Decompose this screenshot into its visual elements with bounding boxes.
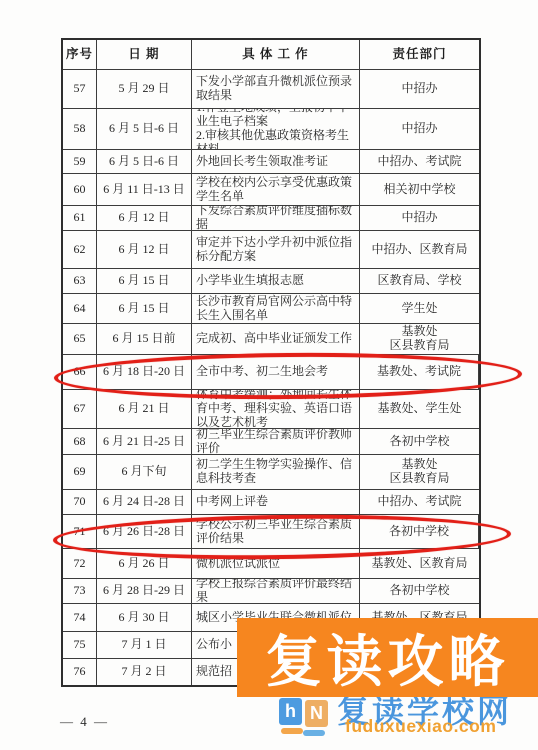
cell-dept: 基教处 区县教育局 <box>360 324 479 354</box>
cell-work: 全市中考、初二生地会考 <box>192 355 360 389</box>
cell-dept: 中招办 <box>360 70 479 108</box>
cell-work: 外地回长考生领取准考证 <box>192 150 360 173</box>
cell-work: 微机派位试派位 <box>192 549 360 578</box>
cell-dept: 中招办 <box>360 206 479 230</box>
cell-date: 6 月 26 日 <box>97 549 192 578</box>
table-row: 575 月 29 日下发小学部直升微机派位预录取结果中招办 <box>63 70 479 109</box>
cell-dept: 各初中学校 <box>360 579 479 603</box>
cell-date: 6 月 5 日-6 日 <box>97 109 192 149</box>
cell-work: 体育中考缓测；外地回长生体育中考、理科实验、英语口语以及艺术机考 <box>192 390 360 428</box>
cell-dept: 基教处 区县教育局 <box>360 455 479 489</box>
table-row: 586 月 5 日-6 日1.补登生地成绩，上报初中毕业生电子档案 2.审核其他… <box>63 109 479 150</box>
cell-dept: 基教处、区教育局 <box>360 549 479 578</box>
cell-dept: 各初中学校 <box>360 429 479 454</box>
table-row: 686 月 21 日-25 日初三毕业生综合素质评价教师评价各初中学校 <box>63 429 479 455</box>
cell-no: 70 <box>63 490 97 514</box>
cell-dept: 相关初中学校 <box>360 174 479 205</box>
site-url-text: fuduxuexiao.com <box>345 716 496 737</box>
page-number: — 4 — <box>60 714 109 730</box>
table-row: 616 月 12 日下发综合素质评价维度插标数据中招办 <box>63 206 479 231</box>
table-row: 736 月 28 日-29 日学校上报综合素质评价最终结果各初中学校 <box>63 579 479 604</box>
cell-date: 6 月 21 日-25 日 <box>97 429 192 454</box>
cell-dept: 各初中学校 <box>360 515 479 548</box>
cell-date: 6 月 12 日 <box>97 231 192 268</box>
cell-no: 63 <box>63 269 97 293</box>
cell-no: 74 <box>63 604 97 631</box>
cell-no: 67 <box>63 390 97 428</box>
schedule-table: 序号日 期具 体 工 作责任部门575 月 29 日下发小学部直升微机派位预录取… <box>61 38 481 687</box>
cell-work: 学校在校内公示享受优惠政策学生名单 <box>192 174 360 205</box>
logo-tile-n-icon: N <box>305 700 328 727</box>
cell-work: 下发小学部直升微机派位预录取结果 <box>192 70 360 108</box>
site-logo: h N <box>278 698 332 740</box>
cell-no: 64 <box>63 294 97 323</box>
cell-date: 6 月 5 日-6 日 <box>97 150 192 173</box>
cell-date: 6 月 11 日-13 日 <box>97 174 192 205</box>
cell-work: 1.补登生地成绩，上报初中毕业生电子档案 2.审核其他优惠政策资格考生材料 <box>192 109 360 149</box>
scanned-document-page: 序号日 期具 体 工 作责任部门575 月 29 日下发小学部直升微机派位预录取… <box>0 0 538 750</box>
table-row: 706 月 24 日-28 日中考网上评卷中招办、考试院 <box>63 490 479 515</box>
cell-date: 6 月 15 日 <box>97 294 192 323</box>
cell-no: 62 <box>63 231 97 268</box>
cell-date: 6 月 26 日-28 日 <box>97 515 192 548</box>
logo-tile-n-base <box>303 730 325 736</box>
table-row: 596 月 5 日-6 日外地回长考生领取准考证中招办、考试院 <box>63 150 479 174</box>
cell-date: 7 月 1 日 <box>97 632 192 658</box>
table-row: 696 月下旬初二学生生物学实验操作、信息科技考查基教处 区县教育局 <box>63 455 479 490</box>
cell-work: 小学毕业生填报志愿 <box>192 269 360 293</box>
cell-no: 57 <box>63 70 97 108</box>
cell-date: 6 月 12 日 <box>97 206 192 230</box>
watermark-banner-text: 复读攻略 <box>266 618 510 698</box>
cell-work: 完成初、高中毕业证颁发工作 <box>192 324 360 354</box>
table-row: 626 月 12 日审定并下达小学升初中派位指标分配方案中招办、区教育局 <box>63 231 479 269</box>
cell-no: 72 <box>63 549 97 578</box>
cell-dept: 基教处、学生处 <box>360 390 479 428</box>
table-row: 606 月 11 日-13 日学校在校内公示享受优惠政策学生名单相关初中学校 <box>63 174 479 206</box>
cell-work: 下发综合素质评价维度插标数据 <box>192 206 360 230</box>
logo-tile-h-icon: h <box>279 698 302 725</box>
cell-no: 65 <box>63 324 97 354</box>
header-cell: 序号 <box>63 40 97 69</box>
cell-work: 初三毕业生综合素质评价教师评价 <box>192 429 360 454</box>
table-row: 636 月 15 日小学毕业生填报志愿区教育局、学校 <box>63 269 479 294</box>
cell-no: 75 <box>63 632 97 658</box>
cell-no: 71 <box>63 515 97 548</box>
cell-date: 6 月 18 日-20 日 <box>97 355 192 389</box>
table-header-row: 序号日 期具 体 工 作责任部门 <box>63 40 479 70</box>
cell-date: 6 月 24 日-28 日 <box>97 490 192 514</box>
cell-no: 68 <box>63 429 97 454</box>
cell-date: 6 月 30 日 <box>97 604 192 631</box>
header-cell: 责任部门 <box>360 40 479 69</box>
header-cell: 日 期 <box>97 40 192 69</box>
cell-date: 6 月 15 日 <box>97 269 192 293</box>
cell-no: 58 <box>63 109 97 149</box>
cell-no: 66 <box>63 355 97 389</box>
cell-no: 60 <box>63 174 97 205</box>
cell-work: 学校上报综合素质评价最终结果 <box>192 579 360 603</box>
cell-dept: 中招办、区教育局 <box>360 231 479 268</box>
cell-dept: 学生处 <box>360 294 479 323</box>
cell-no: 61 <box>63 206 97 230</box>
cell-dept: 基教处、考试院 <box>360 355 479 389</box>
cell-date: 5 月 29 日 <box>97 70 192 108</box>
cell-no: 69 <box>63 455 97 489</box>
cell-work: 审定并下达小学升初中派位指标分配方案 <box>192 231 360 268</box>
cell-date: 7 月 2 日 <box>97 659 192 685</box>
logo-tile-h-base <box>281 728 303 734</box>
cell-date: 6 月下旬 <box>97 455 192 489</box>
cell-date: 6 月 21 日 <box>97 390 192 428</box>
table-row: 666 月 18 日-20 日全市中考、初二生地会考基教处、考试院 <box>63 355 479 390</box>
table-row: 676 月 21 日体育中考缓测；外地回长生体育中考、理科实验、英语口语以及艺术… <box>63 390 479 429</box>
table-row: 646 月 15 日长沙市教育局官网公示高中特长生入围名单学生处 <box>63 294 479 324</box>
cell-date: 6 月 28 日-29 日 <box>97 579 192 603</box>
table-row: 716 月 26 日-28 日学校公示初三毕业生综合素质评价结果各初中学校 <box>63 515 479 549</box>
cell-dept: 区教育局、学校 <box>360 269 479 293</box>
cell-no: 76 <box>63 659 97 685</box>
cell-date: 6 月 15 日前 <box>97 324 192 354</box>
cell-work: 中考网上评卷 <box>192 490 360 514</box>
table-row: 726 月 26 日微机派位试派位基教处、区教育局 <box>63 549 479 579</box>
header-cell: 具 体 工 作 <box>192 40 360 69</box>
cell-work: 长沙市教育局官网公示高中特长生入围名单 <box>192 294 360 323</box>
watermark-banner: 复读攻略 <box>237 618 538 697</box>
cell-dept: 中招办、考试院 <box>360 150 479 173</box>
table-row: 656 月 15 日前完成初、高中毕业证颁发工作基教处 区县教育局 <box>63 324 479 355</box>
cell-work: 学校公示初三毕业生综合素质评价结果 <box>192 515 360 548</box>
cell-dept: 中招办 <box>360 109 479 149</box>
cell-work: 初二学生生物学实验操作、信息科技考查 <box>192 455 360 489</box>
cell-no: 73 <box>63 579 97 603</box>
cell-dept: 中招办、考试院 <box>360 490 479 514</box>
cell-no: 59 <box>63 150 97 173</box>
